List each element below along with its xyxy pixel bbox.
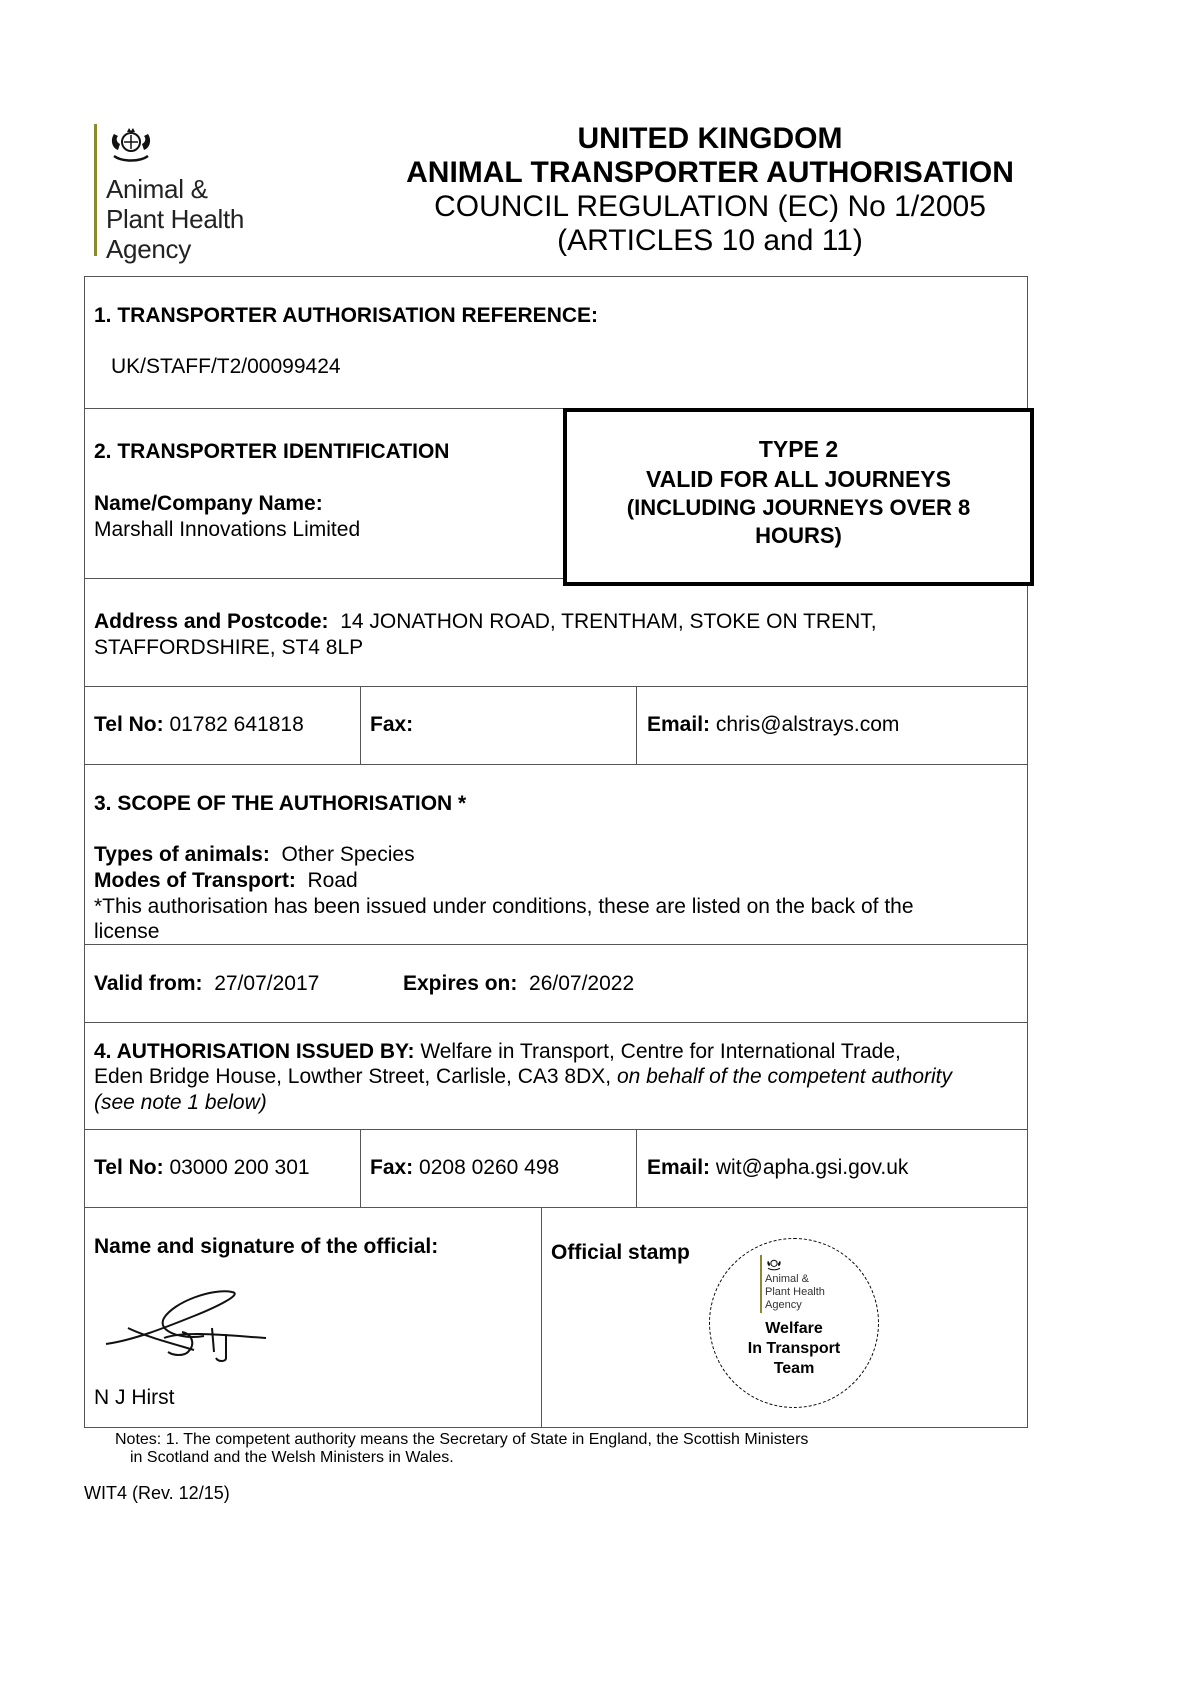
stamp-logo: Animal & Plant Health Agency <box>760 1255 840 1315</box>
issuer-fax: Fax: 0208 0260 498 <box>370 1155 559 1181</box>
issuer-tel-value: 03000 200 301 <box>169 1156 309 1179</box>
type-validity: VALID FOR ALL JOURNEYS <box>567 464 1030 494</box>
apha-logo: Animal & Plant Health Agency <box>94 118 274 258</box>
footnote-line1: Notes: 1. The competent authority means … <box>115 1430 808 1450</box>
transporter-type-box: TYPE 2 VALID FOR ALL JOURNEYS (INCLUDING… <box>563 408 1034 586</box>
royal-crest-icon <box>765 1255 783 1271</box>
table-border <box>84 1427 1028 1428</box>
company-name-value: Marshall Innovations Limited <box>94 517 360 543</box>
valid-from-label: Valid from: <box>94 972 203 995</box>
tel-label: Tel No: <box>94 713 164 736</box>
footnote-line2: in Scotland and the Welsh Ministers in W… <box>130 1448 454 1468</box>
table-border <box>84 276 85 1428</box>
expires-on: Expires on: 26/07/2022 <box>403 971 634 997</box>
title-articles: (ARTICLES 10 and 11) <box>400 224 1020 258</box>
valid-from: Valid from: 27/07/2017 <box>94 971 319 997</box>
transport-modes: Modes of Transport: Road <box>94 868 358 894</box>
expires-value: 26/07/2022 <box>529 972 634 995</box>
issuer-address-cont: Eden Bridge House, Lowther Street, Carli… <box>94 1065 611 1088</box>
col-divider <box>360 1129 361 1207</box>
stamp-team-name: Welfare In Transport Team <box>710 1319 878 1379</box>
stamp-label: Official stamp <box>551 1240 690 1266</box>
competent-authority-note: on behalf of the competent authority <box>617 1065 952 1088</box>
logo-line: Animal & <box>106 174 244 204</box>
logo-accent-bar <box>94 124 97 256</box>
logo-line: Plant Health <box>106 204 244 234</box>
title-regulation: COUNCIL REGULATION (EC) No 1/2005 <box>400 190 1020 224</box>
row-divider <box>84 944 1028 945</box>
title-country: UNITED KINGDOM <box>400 122 1020 156</box>
section3-heading: 3. SCOPE OF THE AUTHORISATION * <box>94 791 466 817</box>
stamp-logo-bar <box>760 1255 762 1313</box>
transporter-email: Email: chris@alstrays.com <box>647 712 899 738</box>
company-name-label: Name/Company Name: <box>94 491 323 517</box>
address-line1: 14 JONATHON ROAD, TRENTHAM, STOKE ON TRE… <box>340 610 876 633</box>
stamp-team-line: Welfare <box>710 1319 878 1339</box>
stamp-logo-line: Plant Health <box>765 1286 825 1299</box>
issuer-address: Welfare in Transport, Centre for Interna… <box>420 1040 901 1063</box>
animals-value: Other Species <box>282 843 415 866</box>
row-divider <box>84 408 564 409</box>
transporter-tel: Tel No: 01782 641818 <box>94 712 304 738</box>
logo-text: Animal & Plant Health Agency <box>106 174 244 264</box>
type-validity-note-cont: HOURS) <box>567 522 1030 550</box>
royal-crest-icon <box>106 118 156 164</box>
see-note: (see note 1 below) <box>94 1090 267 1116</box>
table-border <box>84 276 1028 277</box>
row-divider <box>84 1022 1028 1023</box>
row-divider <box>84 686 1028 687</box>
tel-value: 01782 641818 <box>169 713 303 736</box>
col-divider <box>636 1129 637 1207</box>
type-validity-note: (INCLUDING JOURNEYS OVER 8 <box>567 494 1030 522</box>
signature-icon <box>104 1288 274 1364</box>
issuer-email: Email: wit@apha.gsi.gov.uk <box>647 1155 908 1181</box>
authorisation-reference: UK/STAFF/T2/00099424 <box>111 354 341 380</box>
issuer-email-label: Email: <box>647 1156 710 1179</box>
issuer-email-value: wit@apha.gsi.gov.uk <box>716 1156 909 1179</box>
logo-line: Agency <box>106 234 244 264</box>
fax-label: Fax: <box>370 713 413 736</box>
row-divider <box>84 1207 1028 1208</box>
stamp-team-line: Team <box>710 1359 878 1379</box>
stamp-logo-line: Agency <box>765 1299 825 1312</box>
email-value: chris@alstrays.com <box>716 713 900 736</box>
address-line2: STAFFORDSHIRE, ST4 8LP <box>94 635 363 661</box>
issuer-tel: Tel No: 03000 200 301 <box>94 1155 310 1181</box>
signature-label: Name and signature of the official: <box>94 1234 438 1260</box>
row-divider <box>84 764 1028 765</box>
row-divider <box>84 1129 1028 1130</box>
col-divider <box>360 686 361 764</box>
official-name: N J Hirst <box>94 1385 175 1411</box>
issuer-fax-label: Fax: <box>370 1156 413 1179</box>
email-label: Email: <box>647 713 710 736</box>
issuer-fax-value: 0208 0260 498 <box>419 1156 559 1179</box>
document-title: UNITED KINGDOM ANIMAL TRANSPORTER AUTHOR… <box>400 122 1020 258</box>
animals-label: Types of animals: <box>94 843 270 866</box>
valid-from-value: 27/07/2017 <box>214 972 319 995</box>
title-main: ANIMAL TRANSPORTER AUTHORISATION <box>400 156 1020 190</box>
type-label: TYPE 2 <box>567 434 1030 464</box>
expires-label: Expires on: <box>403 972 517 995</box>
animal-types: Types of animals: Other Species <box>94 842 415 868</box>
issuer-tel-label: Tel No: <box>94 1156 164 1179</box>
section1-heading: 1. TRANSPORTER AUTHORISATION REFERENCE: <box>94 303 598 329</box>
col-divider <box>636 686 637 764</box>
section2-heading: 2. TRANSPORTER IDENTIFICATION <box>94 439 449 465</box>
stamp-logo-text: Animal & Plant Health Agency <box>765 1273 825 1312</box>
stamp-team-line: In Transport <box>710 1339 878 1359</box>
address-row: Address and Postcode: 14 JONATHON ROAD, … <box>94 609 877 635</box>
stamp-logo-line: Animal & <box>765 1273 825 1286</box>
conditions-note: *This authorisation has been issued unde… <box>94 894 914 920</box>
conditions-note-cont: license <box>94 919 159 945</box>
official-stamp: Animal & Plant Health Agency Welfare In … <box>709 1238 879 1408</box>
issuer-line1: 4. AUTHORISATION ISSUED BY: Welfare in T… <box>94 1039 901 1065</box>
transporter-fax: Fax: <box>370 712 413 738</box>
col-divider <box>541 1207 542 1428</box>
address-label: Address and Postcode: <box>94 610 329 633</box>
transport-value: Road <box>308 869 358 892</box>
section4-heading: 4. AUTHORISATION ISSUED BY: <box>94 1040 414 1063</box>
form-code: WIT4 (Rev. 12/15) <box>84 1480 230 1506</box>
issuer-line2: Eden Bridge House, Lowther Street, Carli… <box>94 1064 952 1090</box>
transport-label: Modes of Transport: <box>94 869 296 892</box>
